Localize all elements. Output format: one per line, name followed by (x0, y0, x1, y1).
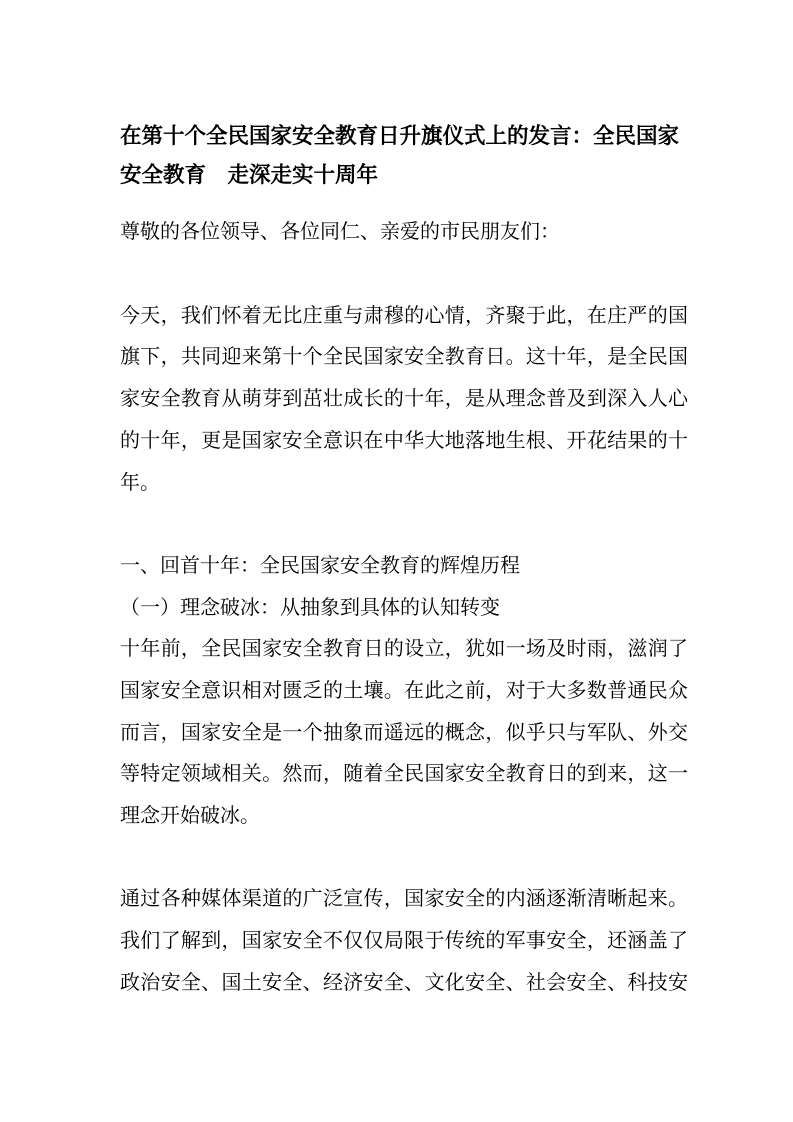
text-line: 今天，我们怀着无比庄重与肃穆的心情，齐聚于此，在庄严的国 (120, 296, 688, 338)
blank-line (120, 838, 688, 880)
text-line: 的十年，更是国家安全意识在中华大地落地生根、开花结果的十 (120, 421, 688, 463)
text-line: 尊敬的各位领导、各位同仁、亲爱的市民朋友们： (120, 212, 688, 254)
blank-line (120, 254, 688, 296)
text-line: 十年前，全民国家安全教育日的设立，犹如一场及时雨，滋润了 (120, 629, 688, 671)
text-line: 通过各种媒体渠道的广泛宣传，国家安全的内涵逐渐清晰起来。 (120, 879, 688, 921)
document-title: 在第十个全民国家安全教育日升旗仪式上的发言：全民国家安全教育 走深走实十周年 (120, 117, 688, 195)
title-line: 在第十个全民国家安全教育日升旗仪式上的发言：全民国家 (120, 117, 688, 156)
text-line: 政治安全、国土安全、经济安全、文化安全、社会安全、科技安 (120, 963, 688, 1005)
text-line: （一）理念破冰：从抽象到具体的认知转变 (120, 588, 688, 630)
text-line: 而言，国家安全是一个抽象而遥远的概念，似乎只与军队、外交 (120, 713, 688, 755)
blank-line (120, 504, 688, 546)
text-line: 理念开始破冰。 (120, 796, 688, 838)
text-line: 年。 (120, 463, 688, 505)
text-line: 一、回首十年：全民国家安全教育的辉煌历程 (120, 546, 688, 588)
document-body: 尊敬的各位领导、各位同仁、亲爱的市民朋友们：今天，我们怀着无比庄重与肃穆的心情，… (120, 212, 688, 1004)
title-line: 安全教育 走深走实十周年 (120, 156, 688, 195)
text-line: 国家安全意识相对匮乏的土壤。在此之前，对于大多数普通民众 (120, 671, 688, 713)
text-line: 等特定领域相关。然而，随着全民国家安全教育日的到来，这一 (120, 754, 688, 796)
text-line: 旗下，共同迎来第十个全民国家安全教育日。这十年，是全民国 (120, 337, 688, 379)
text-line: 我们了解到，国家安全不仅仅局限于传统的军事安全，还涵盖了 (120, 921, 688, 963)
text-line: 家安全教育从萌芽到茁壮成长的十年，是从理念普及到深入人心 (120, 379, 688, 421)
document-content: 在第十个全民国家安全教育日升旗仪式上的发言：全民国家安全教育 走深走实十周年 尊… (120, 0, 688, 1004)
document-page: 在第十个全民国家安全教育日升旗仪式上的发言：全民国家安全教育 走深走实十周年 尊… (0, 0, 793, 1122)
